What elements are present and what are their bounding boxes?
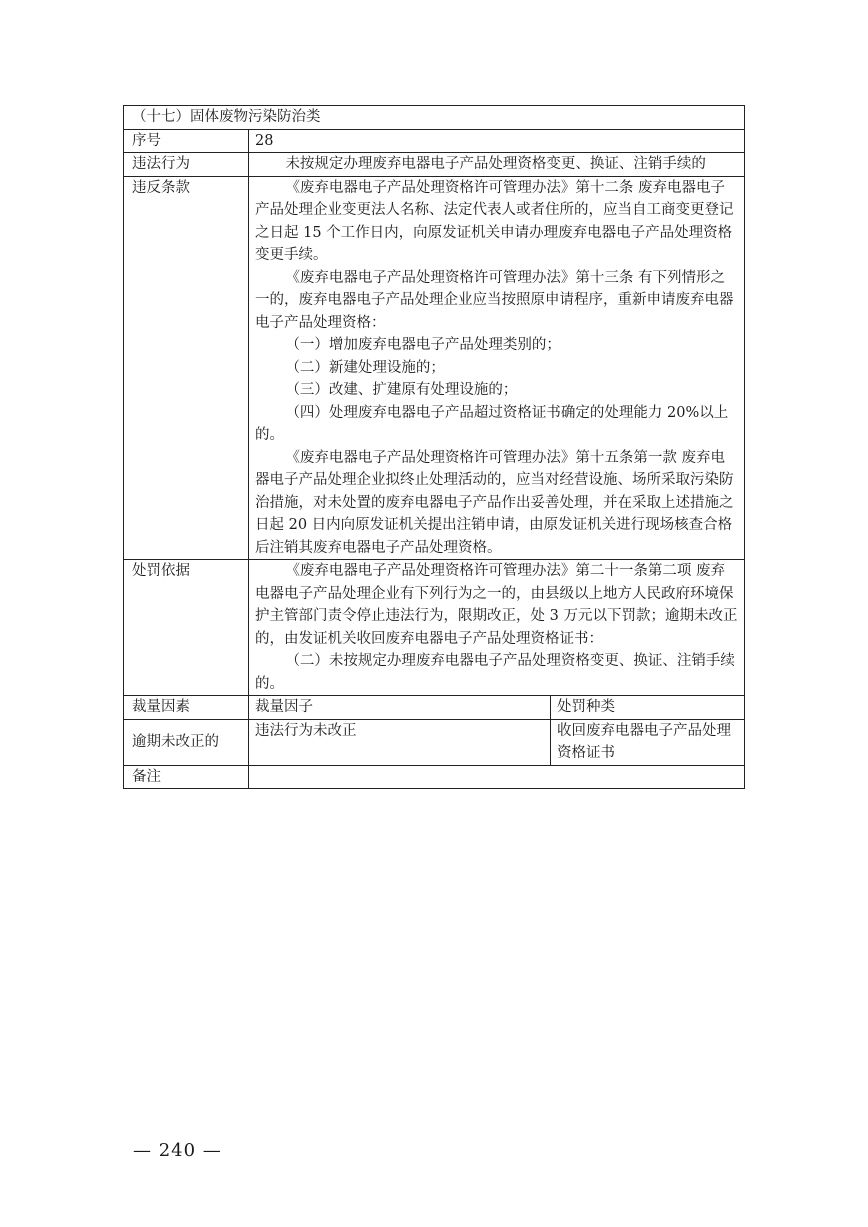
overdue-row: 逾期未改正的 违法行为未改正 收回废弃电器电子产品处理资格证书: [124, 719, 745, 765]
penalty-type-header: 处罚种类: [551, 696, 745, 720]
page-number: — 240 —: [133, 1140, 222, 1161]
penalty-basis-row: 处罚依据 《废弃电器电子产品处理资格许可管理办法》第二十一条第二项 废弃电器电子…: [124, 560, 745, 696]
seq-row: 序号 28: [124, 129, 745, 153]
discretion-factor-header: 裁量因子: [249, 696, 551, 720]
penalty-basis-content: 《废弃电器电子产品处理资格许可管理办法》第二十一条第二项 废弃电器电子产品处理企…: [249, 560, 745, 696]
penalty-article-21: 《废弃电器电子产品处理资格许可管理办法》第二十一条第二项 废弃电器电子产品处理企…: [255, 560, 738, 650]
remarks-label: 备注: [124, 765, 249, 789]
seq-label: 序号: [124, 129, 249, 153]
remarks-value: [249, 765, 745, 789]
section-title: （十七）固体废物污染防治类: [124, 106, 745, 130]
violation-value: 未按规定办理废弃电器电子产品处理资格变更、换证、注销手续的: [249, 153, 745, 177]
penalty-item-2: （二）未按规定办理废弃电器电子产品处理资格变更、换证、注销手续的。: [255, 650, 738, 695]
provision-item-2: （二）新建处理设施的；: [255, 357, 738, 380]
provision-article-15: 《废弃电器电子产品处理资格许可管理办法》第十五条第一款 废弃电器电子产品处理企业…: [255, 447, 738, 560]
provision-item-1: （一）增加废弃电器电子产品处理类别的；: [255, 334, 738, 357]
provision-item-4: （四）处理废弃电器电子产品超过资格证书确定的处理能力 20%以上的。: [255, 402, 738, 447]
section-header-row: （十七）固体废物污染防治类: [124, 106, 745, 130]
overdue-label: 逾期未改正的: [124, 719, 249, 765]
violation-label: 违法行为: [124, 153, 249, 177]
remarks-row: 备注: [124, 765, 745, 789]
penalty-standard-table: （十七）固体废物污染防治类 序号 28 违法行为 未按规定办理废弃电器电子产品处…: [123, 105, 745, 789]
violated-provisions-content: 《废弃电器电子产品处理资格许可管理办法》第十二条 废弃电器电子产品处理企业变更法…: [249, 176, 745, 560]
violated-provisions-row: 违反条款 《废弃电器电子产品处理资格许可管理办法》第十二条 废弃电器电子产品处理…: [124, 176, 745, 560]
penalty-basis-label: 处罚依据: [124, 560, 249, 696]
provision-article-13: 《废弃电器电子产品处理资格许可管理办法》第十三条 有下列情形之一的，废弃电器电子…: [255, 267, 738, 335]
seq-value: 28: [249, 129, 745, 153]
violation-text: 未按规定办理废弃电器电子产品处理资格变更、换证、注销手续的: [255, 153, 738, 176]
provision-item-3: （三）改建、扩建原有处理设施的；: [255, 379, 738, 402]
violation-row: 违法行为 未按规定办理废弃电器电子产品处理资格变更、换证、注销手续的: [124, 153, 745, 177]
overdue-penalty-type: 收回废弃电器电子产品处理资格证书: [551, 719, 745, 765]
provision-article-12: 《废弃电器电子产品处理资格许可管理办法》第十二条 废弃电器电子产品处理企业变更法…: [255, 177, 738, 267]
discretion-label: 裁量因素: [124, 696, 249, 720]
overdue-factor: 违法行为未改正: [249, 719, 551, 765]
discretion-header-row: 裁量因素 裁量因子 处罚种类: [124, 696, 745, 720]
violated-provisions-label: 违反条款: [124, 176, 249, 560]
